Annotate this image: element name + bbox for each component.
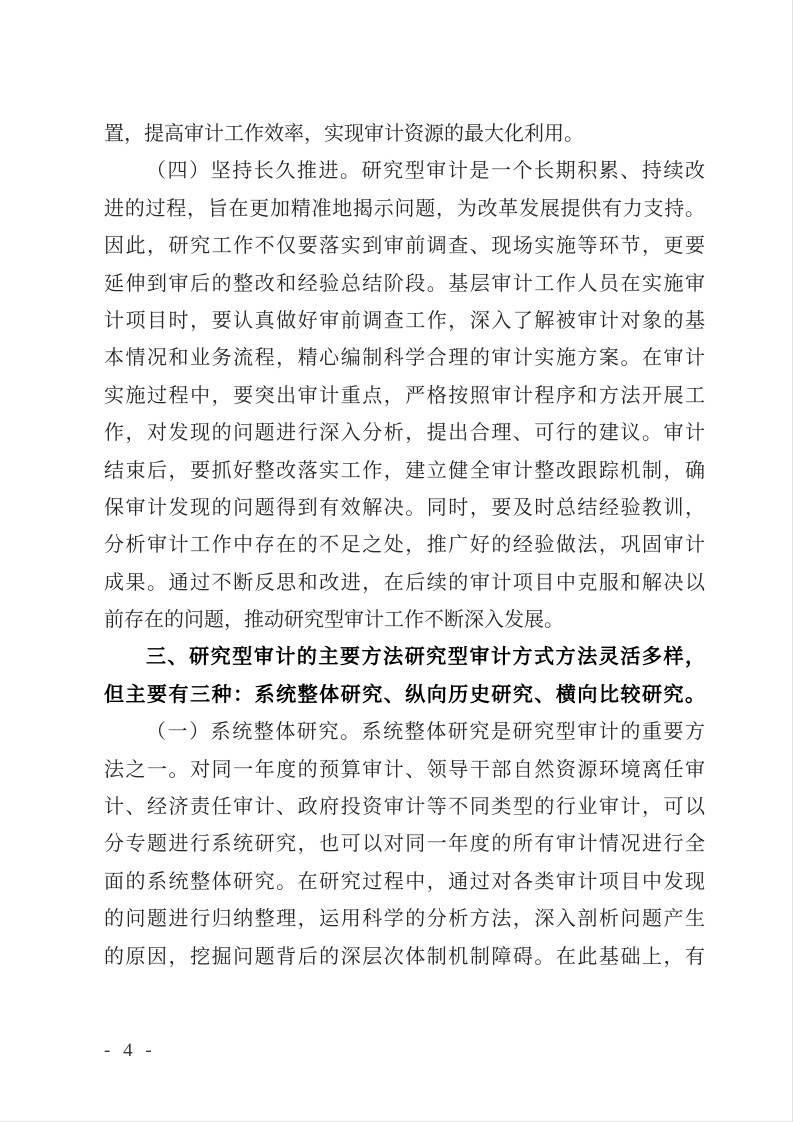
heading-line: 但主要有三种：系统整体研究、纵向历史研究、横向比较研究。 (104, 677, 705, 714)
text-line: 结束后，要抓好整改落实工作，建立健全审计整改跟踪机制，确 (104, 453, 705, 490)
text-line: 分析审计工作中存在的不足之处，推广好的经验做法，巩固审计 (104, 527, 705, 564)
text-line: 计项目时，要认真做好审前调查工作，深入了解被审计对象的基 (104, 303, 705, 340)
text-line: 的原因，挖掘问题背后的深层次体制机制障碍。在此基础上，有 (104, 939, 705, 976)
text-line: （四）坚持长久推进。研究型审计是一个长期积累、持续改 (104, 153, 705, 190)
text-line: （一）系统整体研究。系统整体研究是研究型审计的重要方 (104, 714, 705, 751)
text-line: 置，提高审计工作效率，实现审计资源的最大化利用。 (104, 116, 705, 153)
text-line: 成果。通过不断反思和改进，在后续的审计项目中克服和解决以 (104, 565, 705, 602)
text-line: 实施过程中，要突出审计重点，严格按照审计程序和方法开展工 (104, 378, 705, 415)
text-line: 面的系统整体研究。在研究过程中，通过对各类审计项目中发现 (104, 864, 705, 901)
text-line: 法之一。对同一年度的预算审计、领导干部自然资源环境离任审 (104, 752, 705, 789)
text-line: 前存在的问题，推动研究型审计工作不断深入发展。 (104, 602, 705, 639)
heading-line: 三、研究型审计的主要方法研究型审计方式方法灵活多样， (104, 639, 705, 676)
text-line: 计、经济责任审计、政府投资审计等不同类型的行业审计，可以 (104, 789, 705, 826)
text-line: 延伸到审后的整改和经验总结阶段。基层审计工作人员在实施审 (104, 266, 705, 303)
text-line: 进的过程，旨在更加精准地揭示问题，为改革发展提供有力支持。 (104, 191, 705, 228)
text-line: 作，对发现的问题进行深入分析，提出合理、可行的建议。审计 (104, 415, 705, 452)
text-line: 保审计发现的问题得到有效解决。同时，要及时总结经验教训， (104, 490, 705, 527)
page-number: - 4 - (104, 1040, 156, 1062)
text-line: 分专题进行系统研究，也可以对同一年度的所有审计情况进行全 (104, 826, 705, 863)
text-line: 因此，研究工作不仅要落实到审前调查、现场实施等环节，更要 (104, 228, 705, 265)
text-block: 置，提高审计工作效率，实现审计资源的最大化利用。（四）坚持长久推进。研究型审计是… (104, 116, 705, 976)
document-page: 置，提高审计工作效率，实现审计资源的最大化利用。（四）坚持长久推进。研究型审计是… (0, 0, 793, 1122)
text-line: 本情况和业务流程，精心编制科学合理的审计实施方案。在审计 (104, 340, 705, 377)
text-line: 的问题进行归纳整理，运用科学的分析方法，深入剖析问题产生 (104, 901, 705, 938)
